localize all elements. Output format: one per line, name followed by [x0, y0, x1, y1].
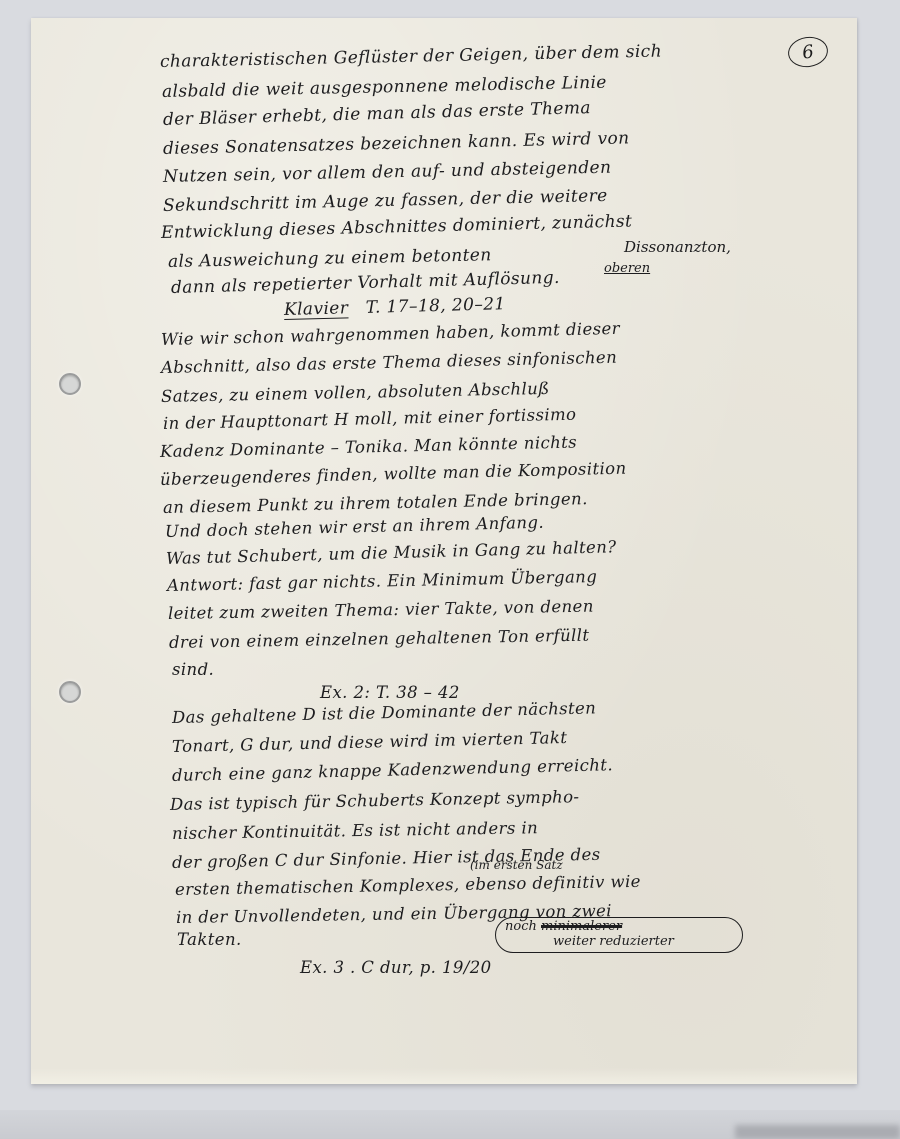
insert-im-ersten-satz: (im ersten Satz — [470, 858, 563, 872]
text-line: sind. — [172, 660, 214, 679]
heading-instrument: Klavier — [284, 298, 349, 320]
text-line: Takten. — [177, 930, 242, 949]
heading-measures: T. 17–18, 20–21 — [365, 294, 505, 318]
struck-word: minimalerer — [541, 919, 622, 934]
insert-replacement: weiter reduzierter — [553, 934, 674, 949]
shadow — [735, 1125, 900, 1139]
punch-hole-upper — [59, 373, 81, 395]
insert-uebergang: noch minimalerer — [505, 919, 622, 934]
example-reference: Ex. 2: T. 38 – 42 — [320, 683, 460, 702]
page-number: 6 — [801, 41, 815, 63]
paper-edge — [31, 1068, 857, 1084]
insert-below: oberen — [604, 261, 650, 276]
example-reference: Ex. 3 . C dur, p. 19/20 — [300, 958, 492, 977]
insert-above: Dissonanzton, — [624, 238, 731, 256]
insert-prefix: noch — [505, 919, 537, 934]
punch-hole-lower — [59, 681, 81, 703]
